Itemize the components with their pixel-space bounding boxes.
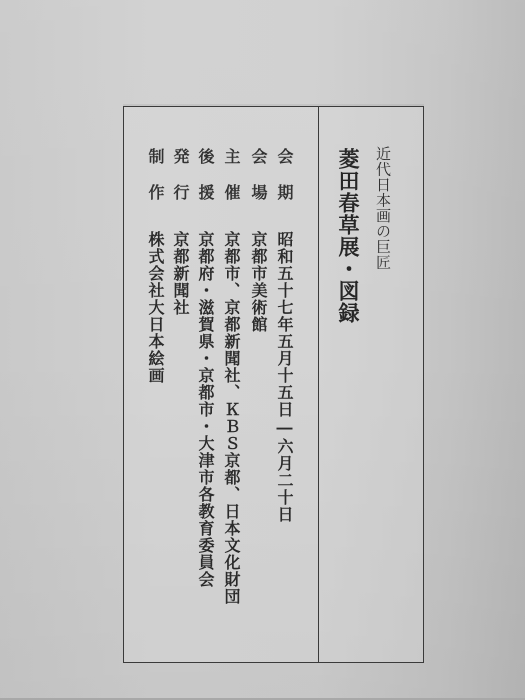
colophon-label-production: 制作 xyxy=(147,148,163,220)
colophon-label-venue: 会場 xyxy=(250,148,266,220)
colophon-value-organizer: 京都市、京都新聞社、ＫＢＳ京都、日本文化財団 xyxy=(223,231,239,605)
colophon-label-support: 後援 xyxy=(197,148,213,220)
colophon-value-publisher: 京都新聞社 xyxy=(172,231,188,316)
colophon-value-period: 昭和五十七年五月十五日―六月二十日 xyxy=(276,231,292,523)
colophon-label-publisher: 発行 xyxy=(172,148,188,220)
colophon-label-period: 会期 xyxy=(276,148,292,220)
colophon-label-organizer: 主催 xyxy=(223,148,239,220)
colophon-value-venue: 京都市美術館 xyxy=(250,231,266,333)
catalog-title: 菱田春草展・図録 xyxy=(338,148,359,324)
frame-divider xyxy=(318,106,319,663)
colophon-value-support: 京都府・滋賀県・京都市・大津市各教育委員会 xyxy=(197,231,213,588)
colophon-value-production: 株式会社大日本絵画 xyxy=(147,231,163,384)
catalog-subtitle: 近代日本画の巨匠 xyxy=(375,146,390,270)
